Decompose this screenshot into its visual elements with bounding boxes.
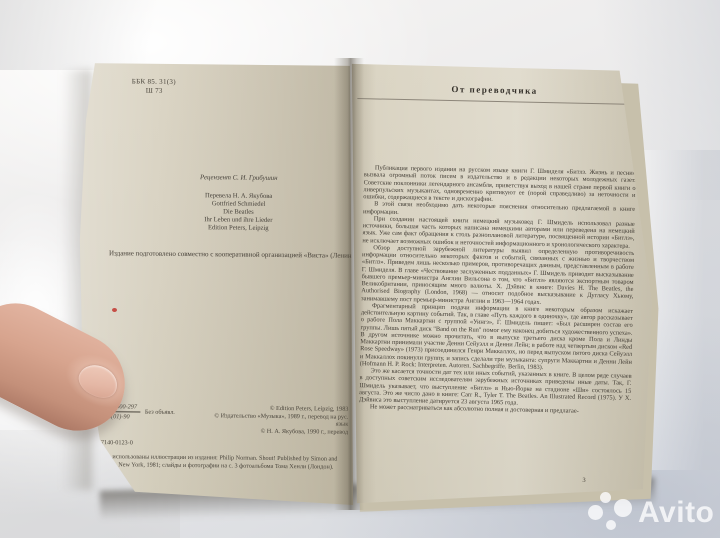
avito-logo-dot — [588, 505, 603, 520]
copyright-line: © Издательство «Музыка», 1989 г., перево… — [206, 412, 348, 429]
chapter-header: От переводчика — [344, 82, 644, 98]
edition-credits: Перевела Н. А. Якубова Gottfried Schmied… — [98, 191, 378, 233]
copyright-line: © Н. А. Якубова, 1990 г., перевод — [206, 427, 348, 436]
paragraph: Публикация первого издания на русском яз… — [363, 164, 636, 206]
copyright-block: © Edition Peters, Leipzig, 1983 © Издате… — [206, 404, 348, 436]
bbk-classification: ББК 85. 31(3) Ш 73 — [132, 77, 176, 94]
avito-logo-dot — [614, 499, 632, 517]
imprint-block: Ш 4905000000-297 026(01)-90 Без объявл. … — [80, 403, 349, 471]
avito-logo-dot — [600, 492, 611, 503]
vista-note: Издание подготовлено совместно с коопера… — [93, 249, 383, 260]
page-number: 3 — [582, 477, 585, 484]
original-publisher: Edition Peters, Leipzig — [98, 223, 378, 234]
reviewer-credit: Рецензент С. И. Грибушин — [99, 173, 379, 183]
avito-logo-dot — [606, 520, 616, 530]
left-page: ББК 85. 31(3) Ш 73 Рецензент С. И. Грибу… — [70, 55, 360, 510]
avito-watermark: Avito — [588, 492, 714, 534]
paragraph: Обзор доступной зарубежной литературы вы… — [361, 244, 634, 308]
translator-foreword-text: Публикация первого издания на русском яз… — [358, 164, 636, 476]
no-announcement-note: Без объявл. — [145, 409, 175, 416]
avito-logo-icon — [588, 492, 632, 534]
red-speck — [112, 308, 117, 312]
bbk-line-2: Ш 73 — [132, 86, 176, 95]
header-rule — [357, 98, 641, 105]
right-page-content: От переводчика Публикация первого издани… — [336, 58, 657, 516]
thumb-nail — [74, 359, 123, 404]
paragraph: Фрагментарный принцип подачи информации … — [360, 302, 633, 373]
paragraph: Это же касается точности дат тех или ины… — [359, 367, 632, 409]
imprint-row: Ш 4905000000-297 026(01)-90 Без объявл. … — [80, 403, 348, 436]
photo-scene: ББК 85. 31(3) Ш 73 Рецензент С. И. Грибу… — [0, 0, 720, 538]
right-page: От переводчика Публикация первого издани… — [345, 58, 657, 510]
left-page-content: ББК 85. 31(3) Ш 73 Рецензент С. И. Грибу… — [65, 55, 360, 513]
bbk-line-1: ББК 85. 31(3) — [132, 77, 176, 86]
illustration-source-note: В книге использованы иллюстрации из изда… — [80, 453, 348, 471]
isbn: ISBN 5-7140-0123-0 — [80, 439, 348, 449]
avito-watermark-label: Avito — [638, 496, 714, 530]
